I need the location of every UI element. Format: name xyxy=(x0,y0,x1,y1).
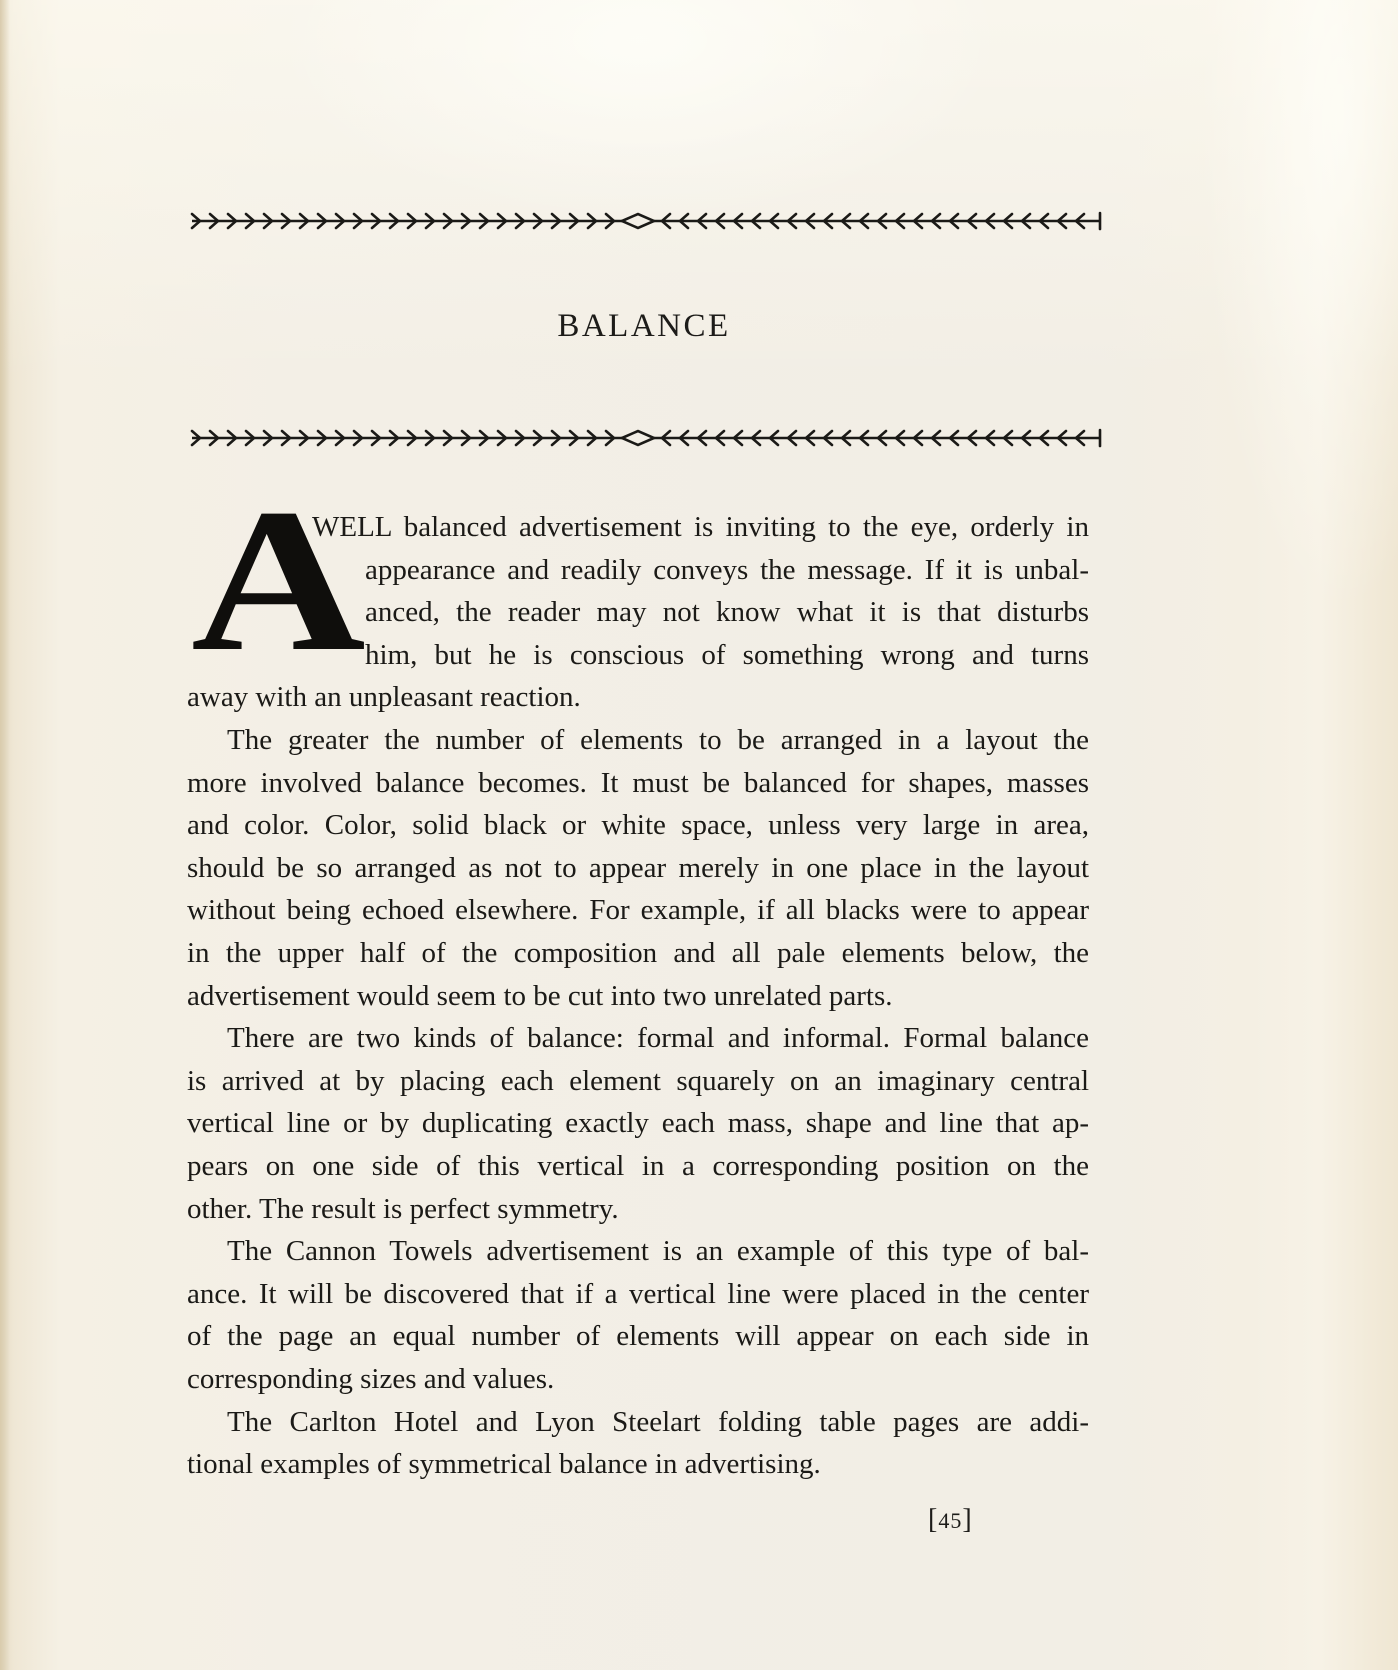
text-line: in the upper half of the composition and… xyxy=(187,932,1089,975)
paragraph-1: A WELL balanced advertisement is invitin… xyxy=(187,506,1089,719)
arrow-rule-ornament-icon xyxy=(190,211,1102,231)
text-line: more involved balance becomes. It must b… xyxy=(187,762,1089,805)
text-line: other. The result is perfect symmetry. xyxy=(187,1188,1089,1231)
text-line: without being echoed elsewhere. For exam… xyxy=(187,889,1089,932)
ornamental-rule-bottom xyxy=(190,428,1102,448)
text-line: corresponding sizes and values. xyxy=(187,1358,1089,1401)
body-text: A WELL balanced advertisement is invitin… xyxy=(187,506,1089,1486)
paragraph-4: The Cannon Towels advertisement is an ex… xyxy=(187,1230,1089,1400)
ornamental-rule-top xyxy=(190,211,1102,231)
text-line: vertical line or by duplicating exactly … xyxy=(187,1102,1089,1145)
page-title: BALANCE xyxy=(0,308,1288,345)
arrow-rule-ornament-icon xyxy=(190,428,1102,448)
text-line: ance. It will be discovered that if a ve… xyxy=(187,1273,1089,1316)
text-line: The Cannon Towels advertisement is an ex… xyxy=(187,1230,1089,1273)
text-line: and color. Color, solid black or white s… xyxy=(187,804,1089,847)
text-line: The Carlton Hotel and Lyon Steelart fold… xyxy=(187,1401,1089,1444)
drop-cap: A xyxy=(191,478,366,638)
text-line: is arrived at by placing each element sq… xyxy=(187,1060,1089,1103)
text-line: pears on one side of this vertical in a … xyxy=(187,1145,1089,1188)
text-line: advertisement would seem to be cut into … xyxy=(187,975,1089,1018)
paragraph-2: The greater the number of elements to be… xyxy=(187,719,1089,1017)
text-line: The greater the number of elements to be… xyxy=(187,719,1089,762)
text-line: There are two kinds of balance: formal a… xyxy=(187,1017,1089,1060)
page-number-close-bracket: ] xyxy=(962,1504,972,1535)
text-line: of the page an equal number of elements … xyxy=(187,1315,1089,1358)
paragraph-5: The Carlton Hotel and Lyon Steelart fold… xyxy=(187,1401,1089,1486)
page-number-value: 45 xyxy=(938,1508,962,1533)
book-page: BALANCE A WELL balanced advertisement is… xyxy=(0,0,1398,1670)
text-line: should be so arranged as not to appear m… xyxy=(187,847,1089,890)
page-number-open-bracket: [ xyxy=(928,1504,938,1535)
paragraph-3: There are two kinds of balance: formal a… xyxy=(187,1017,1089,1230)
page-number: [45] xyxy=(928,1504,973,1536)
text-line: tional examples of symmetrical balance i… xyxy=(187,1443,1089,1486)
